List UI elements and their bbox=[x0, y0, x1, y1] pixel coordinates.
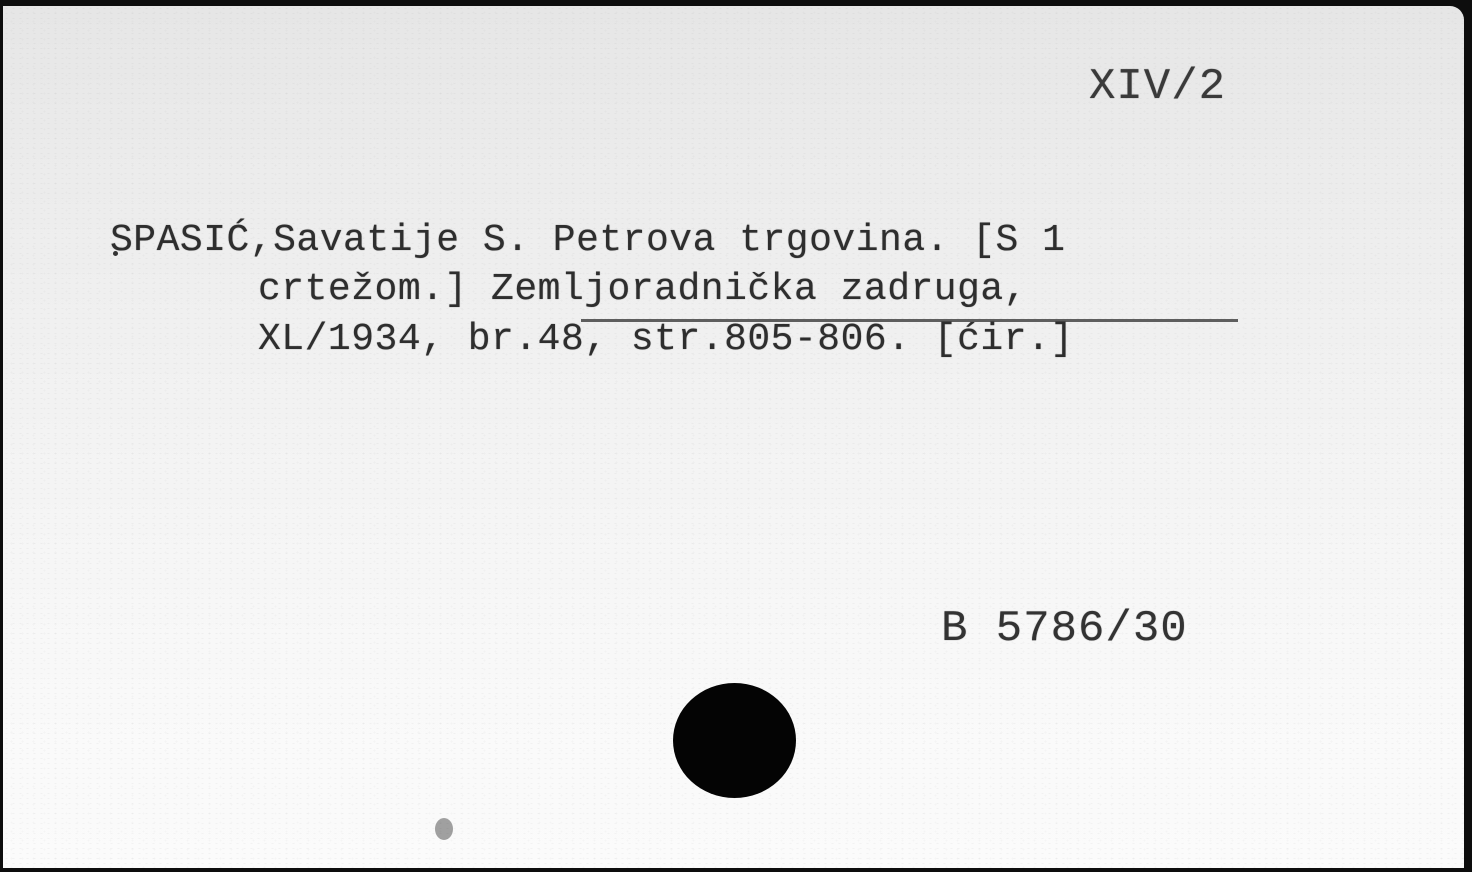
call-number: B 5786/30 bbox=[941, 604, 1188, 654]
ink-spot bbox=[435, 818, 453, 840]
shelf-mark: XIV/2 bbox=[1089, 62, 1226, 112]
entry-line-citation: XL/1934, br.48, str.805-806. [ćir.] bbox=[258, 318, 1074, 361]
punch-hole bbox=[673, 683, 796, 798]
catalog-card: XIV/2 SPASIĆ,Savatije S. Petrova trgovin… bbox=[3, 6, 1464, 868]
entry-line-author-title: SPASIĆ,Savatije S. Petrova trgovina. [S … bbox=[110, 219, 1065, 262]
entry-line-series: crtežom.] Zemljoradnička zadruga, bbox=[258, 268, 1027, 311]
